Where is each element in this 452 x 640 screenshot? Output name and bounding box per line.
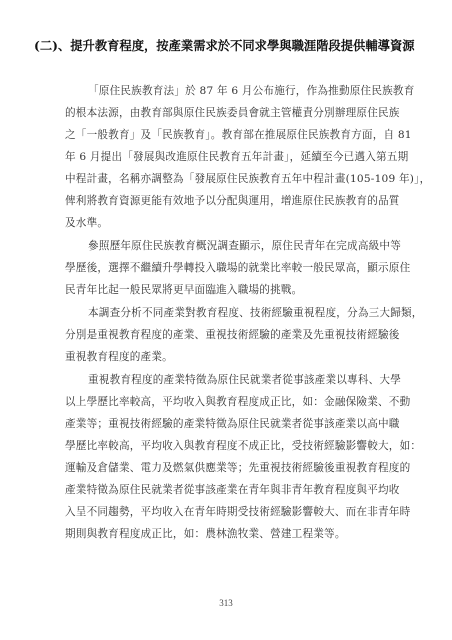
paragraph-2-line: 學歷後，選擇不繼續升學轉投入職場的就業比率較一般民眾高，顯示原住: [65, 261, 397, 275]
paragraph-2-line: 參照歷年原住民族教育概況調查顯示，原住民青年在完成高級中等: [88, 239, 397, 253]
paragraph-2-line: 民青年比起一般民眾將更早面臨進入職場的挑戰。: [65, 283, 397, 297]
paragraph-4-line: 入呈不同趨勢，平均收入在青年時期受技術經驗影響較大、而在非青年時: [65, 505, 397, 519]
document-page: (二)、提升教育程度，按產業需求於不同求學與職涯階段提供輔導資源 「原住民族教育…: [0, 0, 452, 640]
paragraph-1-line: 「原住民族教育法」於 87 年 6 月公布施行，作為推動原住民族教育: [88, 84, 397, 98]
paragraph-4-line: 重視教育程度的產業特徵為原住民就業者從事該產業以專科、大學: [88, 373, 397, 387]
paragraph-3-line: 分別是重視教育程度的產業、重視技術經驗的產業及先重視技術經驗後: [65, 328, 397, 342]
paragraph-1-line: 之「一般教育」及「民族教育」。教育部在推展原住民族教育方面，自 81: [65, 128, 397, 142]
section-heading: (二)、提升教育程度，按產業需求於不同求學與職涯階段提供輔導資源: [34, 38, 414, 54]
paragraph-3-line: 本調查分析不同產業對教育程度、技術經驗重視程度，分為三大歸類，: [88, 306, 397, 320]
paragraph-4-line: 運輸及倉儲業、電力及燃氣供應業等；先重視技術經驗後重視教育程度的: [65, 461, 397, 475]
paragraph-1-line: 年 6 月提出「發展與改進原住民教育五年計畫」，延續至今已邁入第五期: [65, 150, 397, 164]
paragraph-1-line: 中程計畫，名稱亦調整為「發展原住民族教育五年中程計畫(105-109 年)」，: [65, 172, 397, 186]
paragraph-4-line: 產業等；重視技術經驗的產業特徵為原住民就業者從事該產業以高中職: [65, 417, 397, 431]
paragraph-4-line: 學歷比率較高，平均收入與教育程度不成正比，受技術經驗影響較大，如：: [65, 439, 397, 453]
paragraph-1-line: 及水準。: [65, 216, 397, 230]
paragraph-4-line: 期則與教育程度成正比，如：農林漁牧業、營建工程業等。: [65, 527, 397, 541]
paragraph-4-line: 以上學歷比率較高，平均收入與教育程度成正比，如：金融保險業、不動: [65, 395, 397, 409]
page-number: 313: [0, 598, 452, 608]
paragraph-1-line: 的根本法源，由教育部與原住民族委員會就主管權責分別辦理原住民族: [65, 106, 397, 120]
paragraph-3-line: 重視教育程度的產業。: [65, 350, 397, 364]
paragraph-4-line: 產業特徵為原住民就業者從事該產業在青年與非青年教育程度與平均收: [65, 483, 397, 497]
paragraph-1-line: 俾利將教育資源更能有效地予以分配與運用，增進原住民族教育的品質: [65, 194, 397, 208]
